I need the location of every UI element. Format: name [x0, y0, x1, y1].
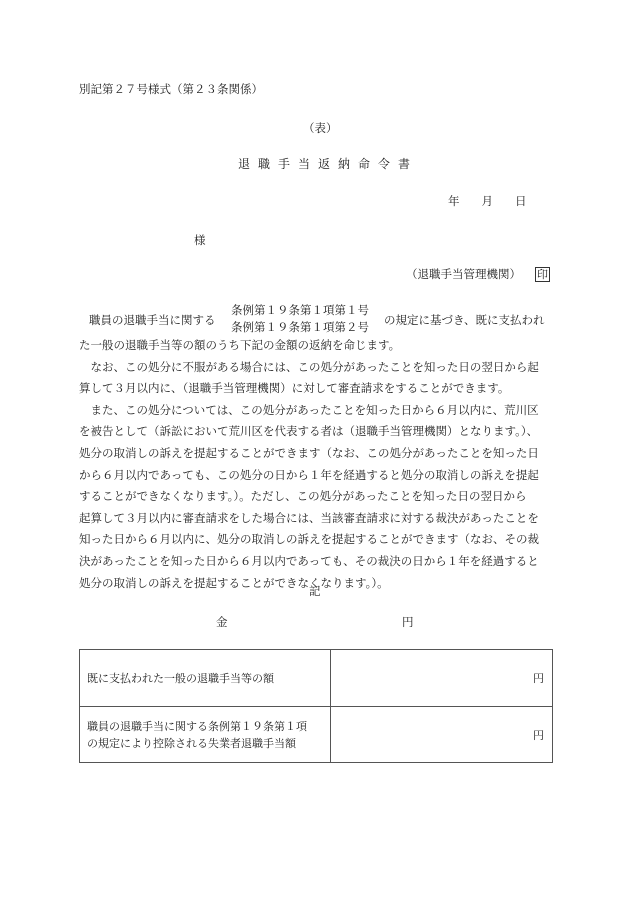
body-line: 決があったことを知った日から６月以内であっても、その裁決の日から１年を経過すると — [79, 551, 555, 573]
issuer: （退職手当管理機関）印 — [406, 266, 550, 282]
row-label: 既に支払われた一般の退職手当等の額 — [80, 650, 331, 707]
side-label: （表） — [303, 120, 338, 136]
clause-option-2: 条例第１９条第１項第２号 — [231, 320, 369, 334]
seal-stamp: 印 — [535, 267, 550, 282]
row-value-field[interactable]: 円 — [331, 650, 553, 707]
clause-suffix: の規定に基づき、既に支払われ — [384, 312, 545, 328]
body-line: 算して３月以内に、（退職手当管理機関）に対して審査請求をすることができます。 — [79, 378, 555, 400]
row-label: 職員の退職手当に関する条例第１９条第１項 の規定により控除される失業者退職手当額 — [80, 707, 331, 763]
amount-unit: 円 — [402, 614, 414, 630]
date-row: 年月日 — [448, 193, 527, 209]
body-line: を被告として（訴訟において荒川区を代表する者は（退職手当管理機関）となります。）… — [79, 421, 555, 443]
year-label: 年 — [448, 193, 460, 209]
body-line: た一般の退職手当等の額のうち下記の金額の返納を命じます。 — [79, 335, 555, 357]
clause-options: 条例第１９条第１項第１号 条例第１９条第１項第２号 — [231, 302, 369, 336]
body-line: 処分の取消しの訴えを提起することができます（なお、この処分があったことを知った日 — [79, 443, 555, 465]
issuer-name: （退職手当管理機関） — [406, 267, 521, 281]
row-value-field[interactable]: 円 — [331, 707, 553, 763]
addressee-honorific: 様 — [194, 232, 206, 248]
clause-option-1: 条例第１９条第１項第１号 — [231, 303, 369, 317]
row-label-line2: の規定により控除される失業者退職手当額 — [87, 737, 296, 750]
document-title: 退職手当返納命令書 — [238, 155, 418, 172]
table-row: 既に支払われた一般の退職手当等の額 円 — [80, 650, 553, 707]
body-line: なお、この処分に不服がある場合には、この処分があったことを知った日の翌日から起 — [79, 357, 555, 379]
body-line: 知った日から６月以内に、処分の取消しの訴えを提起することができます（なお、その裁 — [79, 529, 555, 551]
month-label: 月 — [482, 193, 494, 209]
body-line: 起算して３月以内に審査請求をした場合には、当該審査請求に対する裁決があったことを — [79, 508, 555, 530]
body-line: また、この処分については、この処分があったことを知った日から６月以内に、荒川区 — [79, 400, 555, 422]
body-line: から６月以内であっても、この処分の日から１年を経過すると処分の取消しの訴えを提起 — [79, 465, 555, 487]
body-text: た一般の退職手当等の額のうち下記の金額の返納を命じます。 なお、この処分に不服が… — [79, 335, 555, 594]
clause-line: 職員の退職手当に関する 条例第１９条第１項第１号 条例第１９条第１項第２号 の規… — [79, 300, 559, 340]
clause-prefix: 職員の退職手当に関する — [89, 312, 216, 328]
table-row: 職員の退職手当に関する条例第１９条第１項 の規定により控除される失業者退職手当額… — [80, 707, 553, 763]
amounts-table: 既に支払われた一般の退職手当等の額 円 職員の退職手当に関する条例第１９条第１項… — [79, 649, 553, 763]
row-label-line1: 職員の退職手当に関する条例第１９条第１項 — [87, 720, 307, 733]
record-heading: 記 — [309, 583, 321, 599]
form-reference: 別記第２７号様式（第２３条関係） — [79, 81, 263, 97]
amount-label: 金 — [216, 614, 228, 630]
day-label: 日 — [515, 193, 527, 209]
body-line: することができなくなります。）。ただし、この処分があったことを知った日の翌日から — [79, 486, 555, 508]
